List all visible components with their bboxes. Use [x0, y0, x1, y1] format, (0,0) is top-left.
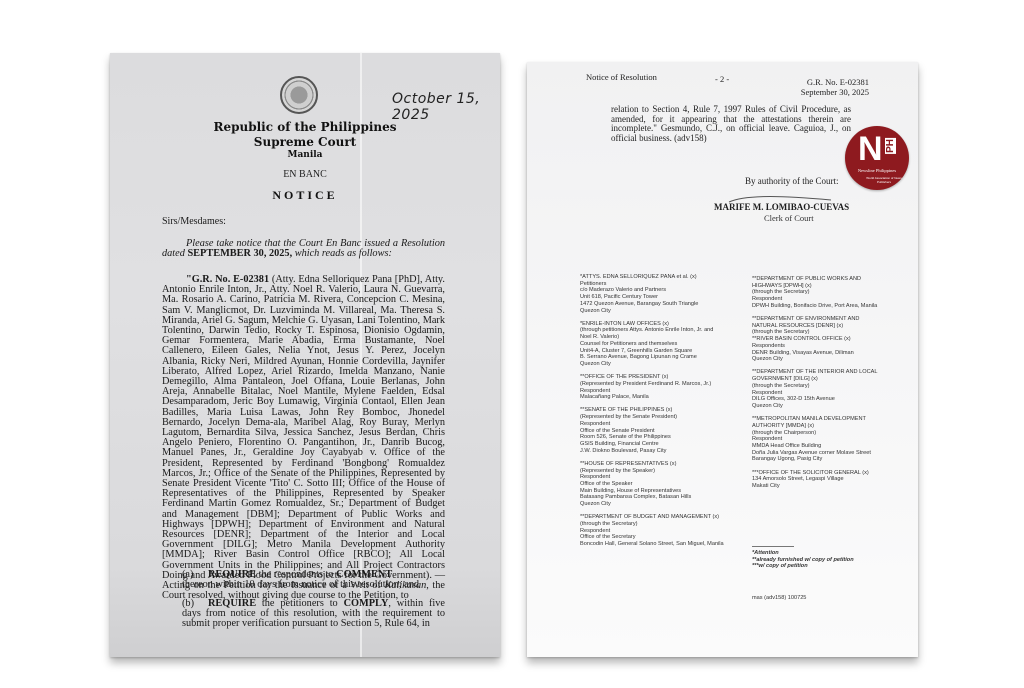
supreme-court-seal-icon	[280, 76, 318, 114]
addressee-name: *ENRILE-INTON LAW OFFICES (x)	[580, 321, 755, 328]
addressee-block: **DEPARTMENT OF BUDGET AND MANAGEMENT (x…	[580, 514, 755, 548]
newsline-watermark-logo: N PH Newsline Philippines World Associat…	[845, 126, 909, 190]
addressee-line: MMDA Head Office Building	[752, 443, 917, 450]
addressee-line: (through the Secretary)	[752, 289, 917, 296]
intro-paragraph: Please take notice that the Court En Ban…	[162, 239, 445, 259]
addressee-line: Boncodin Hall, General Solano Street, Sa…	[580, 541, 755, 548]
addressee-name: **SENATE OF THE PHILIPPINES (x)	[580, 407, 755, 414]
addressee-line: DENR Building, Visayas Avenue, Diliman	[752, 350, 917, 357]
header-case-number: G.R. No. E-02381	[799, 77, 869, 87]
addressee-line: Quezon City	[752, 356, 917, 363]
addressee-name: *ATTYS. EDNA SELLORIQUEZ PANA et al. (x)	[580, 274, 755, 281]
notice-page-1: October 15, 2025 Republic of the Philipp…	[110, 53, 500, 657]
addressee-line: (through petitioners Attys. Antonio Enri…	[580, 327, 755, 334]
addressee-name: **DEPARTMENT OF PUBLIC WORKS AND	[752, 276, 917, 283]
addressee-line: Noel R. Valerio)	[580, 334, 755, 341]
addressee-line: **RIVER BASIN CONTROL OFFICE (x)	[752, 336, 917, 343]
addressee-line: Main Building, House of Representatives	[580, 488, 755, 495]
addressee-line: Office of the Speaker	[580, 481, 755, 488]
addressee-line: Quezon City	[580, 361, 755, 368]
division-label: EN BANC	[110, 169, 500, 180]
addressee-name: **HOUSE OF REPRESENTATIVES (x)	[580, 461, 755, 468]
addressee-line: Respondent	[580, 388, 755, 395]
footnotes: *Attention**already furnished w/ copy of…	[752, 550, 917, 570]
addressee-line: c/o Maderazo Valerio and Partners	[580, 287, 755, 294]
running-header: Notice of Resolution	[586, 72, 657, 82]
addressee-block: **DEPARTMENT OF ENVIRONMENT ANDNATURAL R…	[752, 316, 917, 363]
addressee-line: 1472 Quezon Avenue, Barangay South Trian…	[580, 301, 755, 308]
signatory-title: Clerk of Court	[764, 213, 814, 223]
addressee-line: Barangay Ugong, Pasig City	[752, 456, 917, 463]
addressee-block: **SENATE OF THE PHILIPPINES (x)(Represen…	[580, 407, 755, 454]
addressee-block: *ENRILE-INTON LAW OFFICES (x)(through pe…	[580, 321, 755, 368]
addressee-line: HIGHWAYS [DPWH] (x)	[752, 283, 917, 290]
logo-sub: PH	[885, 138, 896, 154]
addressee-line: Office of the Senate President	[580, 428, 755, 435]
addressee-line: Quezon City	[752, 403, 917, 410]
header-supreme-court: Supreme Court	[110, 135, 500, 149]
addressee-line: Quezon City	[580, 308, 755, 315]
addressee-line: (Represented by the Speaker)	[580, 468, 755, 475]
addressee-name: **OFFICE OF THE PRESIDENT (x)	[580, 374, 755, 381]
addressee-line: Petitioners	[580, 281, 755, 288]
addressee-line: Respondent	[752, 390, 917, 397]
addressee-line: (Represented by President Ferdinand R. M…	[580, 381, 755, 388]
footnote: ***w/ copy of petition	[752, 563, 917, 570]
header-date: September 30, 2025	[789, 87, 869, 97]
addressee-line: NATURAL RESOURCES [DENR] (x)	[752, 323, 917, 330]
addressee-line: Batasang Pambansa Complex, Batasan Hills	[580, 494, 755, 501]
addressee-line: Respondent	[580, 474, 755, 481]
addressee-block: **DEPARTMENT OF THE INTERIOR AND LOCALGO…	[752, 369, 917, 409]
item-a-rest: thereon within 10 days from notice of th…	[182, 579, 419, 590]
case-body: (Atty. Edna Selloriquez Pana [PhD], Atty…	[162, 274, 445, 591]
addressee-line: 134 Amorsolo Street, Legaspi Village	[752, 476, 917, 483]
addressees-left-column: *ATTYS. EDNA SELLORIQUEZ PANA et al. (x)…	[580, 274, 755, 554]
addressee-block: **METROPOLITAN MANILA DEVELOPMENTAUTHORI…	[752, 416, 917, 463]
addressee-line: Room 526, Senate of the Philippines	[580, 434, 755, 441]
addressee-line: Office of the Secretary	[580, 534, 755, 541]
case-paragraph: "G.R. No. E-02381 (Atty. Edna Sellorique…	[162, 275, 445, 602]
addressee-line: J.W. Diokno Boulevard, Pasay City	[580, 448, 755, 455]
authority-line: By authority of the Court:	[745, 176, 839, 186]
addressee-name: **DEPARTMENT OF THE INTERIOR AND LOCAL	[752, 369, 917, 376]
item-a: (a)REQUIRE the respondents to COMMENT th…	[182, 570, 445, 590]
addressee-line: GOVERNMENT [DILG] (x)	[752, 376, 917, 383]
continuation-paragraph: relation to Section 4, Rule 7, 1997 Rule…	[611, 105, 851, 143]
addressee-name: **DEPARTMENT OF ENVIRONMENT AND	[752, 316, 917, 323]
intro-tail: which reads as follows:	[292, 248, 392, 259]
addressee-line: Respondent	[752, 436, 917, 443]
addressee-line: Counsel for Petitioners and themselves	[580, 341, 755, 348]
addressee-line: Makati City	[752, 483, 917, 490]
resolution-date: SEPTEMBER 30, 2025,	[187, 248, 292, 259]
logo-brand: Newsline Philippines	[845, 168, 909, 173]
addressee-line: Quezon City	[580, 501, 755, 508]
logo-affiliation: World Association of News Publishers	[859, 176, 909, 184]
addressee-line: Unit 618, Pacific Century Tower	[580, 294, 755, 301]
addressee-block: **OFFICE OF THE PRESIDENT (x)(Represente…	[580, 374, 755, 401]
addressees-right-column: **DEPARTMENT OF PUBLIC WORKS ANDHIGHWAYS…	[752, 276, 917, 496]
header-manila: Manila	[110, 150, 500, 160]
addressee-line: Respondent	[580, 421, 755, 428]
addressee-name: ***OFFICE OF THE SOLICITOR GENERAL (x)	[752, 470, 917, 477]
footnote-divider	[752, 546, 794, 547]
addressee-line: Respondents	[752, 343, 917, 350]
addressee-line: DILG Offices, 302-D 15th Avenue	[752, 396, 917, 403]
footnote: *Attention	[752, 550, 917, 557]
logo-letter: N	[858, 132, 883, 166]
addressee-line: Doña Julia Vargas Avenue corner Molave S…	[752, 450, 917, 457]
addressee-line: (through the Chairperson)	[752, 430, 917, 437]
addressee-line: Respondent	[752, 296, 917, 303]
addressee-line: Unit4-A, Cluster 7, Greenhills Garden Sq…	[580, 348, 755, 355]
addressee-line: GSIS Building, Financial Centre	[580, 441, 755, 448]
addressee-line: (through the Secretary)	[752, 329, 917, 336]
signatory-name: MARIFE M. LOMIBAO-CUEVAS	[714, 202, 849, 212]
addressee-line: B. Serrano Avenue, Bagong Lipunan ng Cra…	[580, 354, 755, 361]
addressee-line: (Represented by the Senate President)	[580, 414, 755, 421]
item-b: (b)REQUIRE the petitioners to COMPLY, wi…	[182, 599, 445, 630]
addressee-block: *ATTYS. EDNA SELLORIQUEZ PANA et al. (x)…	[580, 274, 755, 314]
addressee-line: (through the Secretary)	[580, 521, 755, 528]
addressee-line: DPWH Building, Bonifacio Drive, Port Are…	[752, 303, 917, 310]
addressee-line: Malacañang Palace, Manila	[580, 394, 755, 401]
footnote: **already furnished w/ copy of petition	[752, 557, 917, 564]
addressee-block: **DEPARTMENT OF PUBLIC WORKS ANDHIGHWAYS…	[752, 276, 917, 310]
page-number: - 2 -	[715, 74, 729, 84]
addressee-block: ***OFFICE OF THE SOLICITOR GENERAL (x)13…	[752, 470, 917, 490]
addressee-line: Respondent	[580, 528, 755, 535]
header-republic: Republic of the Philippines	[110, 120, 500, 134]
addressee-name: **METROPOLITAN MANILA DEVELOPMENT	[752, 416, 917, 423]
salutation: Sirs/Mesdames:	[162, 216, 226, 227]
handwritten-date: October 15, 2025	[392, 91, 500, 123]
addressee-name: **DEPARTMENT OF BUDGET AND MANAGEMENT (x…	[580, 514, 755, 521]
addressee-line: (through the Secretary)	[752, 383, 917, 390]
notice-title: NOTICE	[110, 188, 500, 203]
addressee-block: **HOUSE OF REPRESENTATIVES (x)(Represent…	[580, 461, 755, 508]
addressee-line: AUTHORITY [MMDA] (x)	[752, 423, 917, 430]
footer-code: mas (adv158) 100725	[752, 595, 806, 602]
notice-page-2: Notice of Resolution - 2 - G.R. No. E-02…	[527, 62, 918, 657]
